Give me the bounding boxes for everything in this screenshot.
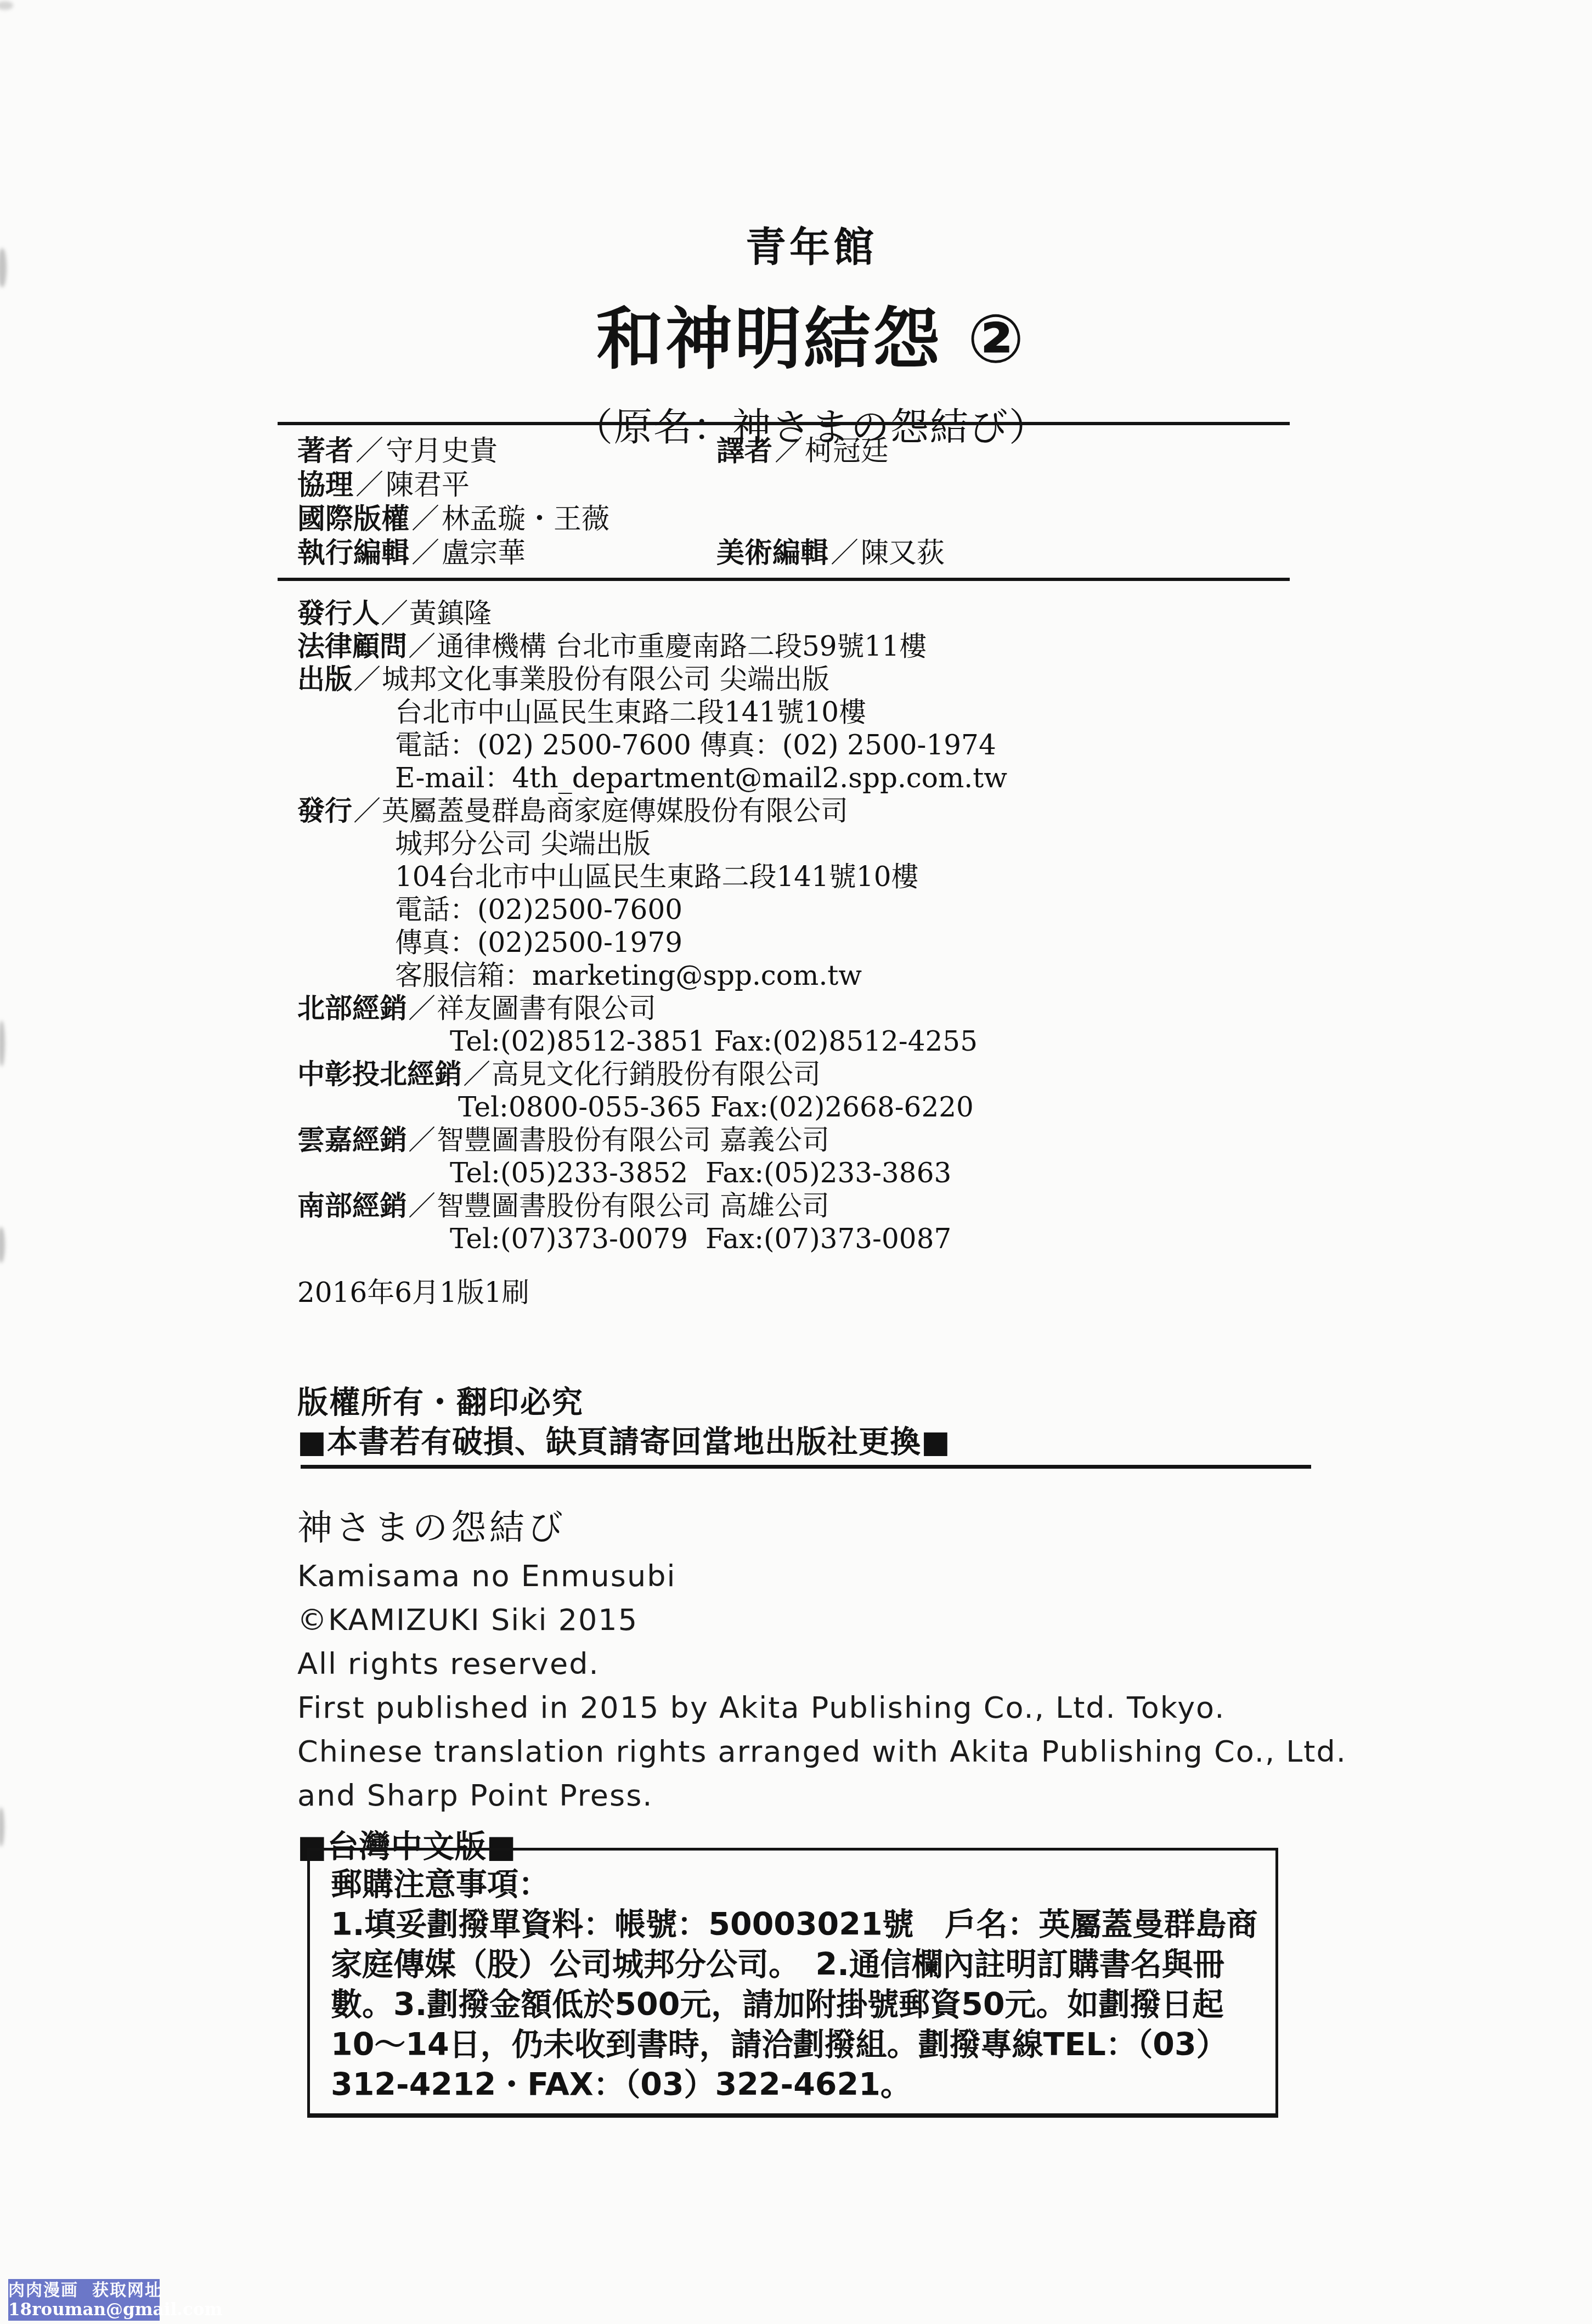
mail-order-line: 1.填妥劃撥單資料：帳號：50003021號 戶名：英屬蓋曼群島商: [331, 1905, 1255, 1945]
credit-name: 陳君平: [386, 469, 470, 501]
line-value: 客服信箱：marketing@spp.com.tw: [395, 960, 862, 991]
publishing-line: 台北市中山區民生東路二段141號10樓: [297, 696, 1449, 729]
line-value: 祥友圖書有限公司: [437, 992, 656, 1024]
credit-row: 協理／陳君平: [297, 469, 1395, 503]
line-value: 傳真：(02)2500-1979: [395, 927, 682, 958]
credit-role: 執行編輯: [297, 537, 409, 569]
rights-line: All rights reserved.: [297, 1643, 1449, 1686]
damage-notice: ■本書若有破損、缺頁請寄回當地出版社更換■: [297, 1418, 951, 1462]
line-separator: ／: [352, 795, 382, 827]
publishing-line: Tel:0800-055-365 Fax:(02)2668-6220: [297, 1091, 1449, 1124]
watermark-badge: 肉肉漫画 获取网址 18rouman@gmail.com: [8, 2279, 160, 2321]
line-separator: ／: [407, 1124, 437, 1156]
line-label: 出版: [297, 663, 352, 695]
publishing-line: Tel:(05)233-3852 Fax:(05)233-3863: [297, 1157, 1449, 1189]
mail-order-line: 郵購注意事項：: [331, 1865, 1255, 1905]
rights-notice: 版權所有・翻印必究: [297, 1378, 584, 1422]
book-title: 和神明結怨 ②: [15, 285, 1592, 381]
credit-role: 美術編輯: [716, 537, 828, 569]
line-separator: ／: [407, 630, 437, 662]
publishing-line: 北部經銷／祥友圖書有限公司: [297, 992, 1449, 1025]
scan-artifact: [0, 1020, 5, 1067]
credit-separator: ／: [828, 537, 861, 569]
divider-rule-middle: [278, 578, 1290, 581]
line-separator: ／: [407, 992, 437, 1024]
first-published-line: First published in 2015 by Akita Publish…: [297, 1686, 1449, 1730]
line-label: 南部經銷: [297, 1190, 407, 1222]
publishing-line: 104台北市中山區民生東路二段141號10樓: [297, 860, 1449, 893]
line-value: 通律機構 台北市重慶南路二段59號11樓: [437, 630, 927, 662]
publishing-line: 發行人／黃鎮隆: [297, 597, 1449, 630]
imprint-label: 青年館: [15, 215, 1592, 273]
credit-name: 林孟璇・王薇: [442, 503, 609, 535]
credit-role: 著者: [297, 435, 353, 467]
publishing-line: 城邦分公司 尖端出版: [297, 827, 1449, 860]
divider-rule-bottom: [301, 1465, 1311, 1469]
line-value: 城邦分公司 尖端出版: [395, 828, 651, 860]
line-value: Tel:(07)373-0079 Fax:(07)373-0087: [450, 1223, 951, 1255]
original-edition-section: 神さまの怨結び Kamisama no Enmusubi ©KAMIZUKI S…: [297, 1508, 1449, 1866]
line-value: Tel:(05)233-3852 Fax:(05)233-3863: [450, 1157, 951, 1189]
line-value: 台北市中山區民生東路二段141號10樓: [395, 696, 866, 728]
credit-name: 盧宗華: [442, 537, 526, 569]
credit-name: 陳又荻: [861, 537, 945, 569]
publishing-section: 發行人／黃鎮隆 法律顧問／通律機構 台北市重慶南路二段59號11樓 出版／城邦文…: [297, 597, 1449, 1255]
line-value: 電話：(02)2500-7600: [395, 894, 682, 926]
scan-artifact: [0, 1, 13, 10]
publishing-line: E-mail：4th_department@mail2.spp.com.tw: [297, 761, 1449, 794]
line-separator: ／: [352, 663, 382, 695]
line-value: 智豐圖書股份有限公司 高雄公司: [437, 1190, 829, 1222]
line-value: 104台北市中山區民生東路二段141號10樓: [395, 861, 919, 893]
credit-separator: ／: [409, 503, 442, 535]
credit-row: 著者／守月史貴 譯者／柯冠廷: [297, 435, 1395, 469]
credit-role: 協理: [297, 469, 353, 501]
line-value: 城邦文化事業股份有限公司 尖端出版: [382, 663, 829, 695]
line-value: 電話：(02) 2500-7600 傳真：(02) 2500-1974: [395, 729, 996, 761]
translation-rights-line: Chinese translation rights arranged with…: [297, 1730, 1449, 1774]
scan-artifact: [0, 1807, 4, 1847]
mail-order-line: 10～14日，仍未收到書時，請洽劃撥組。劃撥專線TEL：（03）: [331, 2025, 1255, 2065]
line-label: 雲嘉經銷: [297, 1124, 407, 1156]
publishing-line: 客服信箱：marketing@spp.com.tw: [297, 959, 1449, 992]
line-separator: ／: [407, 1190, 437, 1222]
publishing-line: Tel:(07)373-0079 Fax:(07)373-0087: [297, 1222, 1449, 1255]
credit-separator: ／: [772, 435, 805, 467]
watermark-site: 肉肉漫画 获取网址: [8, 2281, 160, 2300]
line-value: 黃鎮隆: [409, 597, 492, 629]
mail-order-box: 郵購注意事項： 1.填妥劃撥單資料：帳號：50003021號 戶名：英屬蓋曼群島…: [307, 1848, 1278, 2118]
credit-col2: 美術編輯／陳又荻: [716, 537, 945, 571]
line-value: E-mail：4th_department@mail2.spp.com.tw: [395, 762, 1007, 794]
credit-name: 柯冠廷: [805, 435, 889, 467]
line-value: Tel:0800-055-365 Fax:(02)2668-6220: [458, 1091, 974, 1123]
credit-separator: ／: [409, 537, 442, 569]
credit-row: 國際版權／林孟璇・王薇: [297, 503, 1395, 537]
line-separator: ／: [462, 1058, 492, 1090]
credit-separator: ／: [353, 469, 386, 501]
credit-separator: ／: [353, 435, 386, 467]
mail-order-line: 家庭傳媒（股）公司城邦分公司。 2.通信欄內註明訂購書名與冊: [331, 1945, 1255, 1985]
credits-section: 著者／守月史貴 譯者／柯冠廷 協理／陳君平 國際版權／林孟璇・王薇 執行編輯／盧…: [297, 435, 1395, 571]
line-value: 英屬蓋曼群島商家庭傳媒股份有限公司: [382, 795, 848, 827]
credit-role: 譯者: [716, 435, 772, 467]
publishing-line: 中彰投北經銷／高見文化行銷股份有限公司: [297, 1058, 1449, 1091]
line-label: 北部經銷: [297, 992, 407, 1024]
line-value: 高見文化行銷股份有限公司: [492, 1058, 821, 1090]
publishing-line: 南部經銷／智豐圖書股份有限公司 高雄公司: [297, 1189, 1449, 1222]
publishing-line: 電話：(02)2500-7600: [297, 893, 1449, 926]
line-separator: ／: [380, 597, 409, 629]
japanese-title: 神さまの怨結び: [297, 1508, 1449, 1555]
edition-date: 2016年6月1版1刷: [297, 1271, 529, 1310]
credit-name: 守月史貴: [386, 435, 498, 467]
translation-rights-line-2: and Sharp Point Press.: [297, 1774, 1449, 1818]
romaji-title: Kamisama no Enmusubi: [297, 1555, 1449, 1599]
publishing-line: 出版／城邦文化事業股份有限公司 尖端出版: [297, 663, 1449, 696]
credit-col2: 譯者／柯冠廷: [716, 435, 889, 469]
scan-artifact: [0, 248, 7, 287]
credit-row: 執行編輯／盧宗華 美術編輯／陳又荻: [297, 537, 1395, 571]
copyright-line: ©KAMIZUKI Siki 2015: [297, 1599, 1449, 1643]
publishing-line: 電話：(02) 2500-7600 傳真：(02) 2500-1974: [297, 729, 1449, 761]
line-value: 智豐圖書股份有限公司 嘉義公司: [437, 1124, 829, 1156]
mail-order-line: 312-4212・FAX：（03）322-4621。: [331, 2065, 1255, 2105]
publishing-line: 發行／英屬蓋曼群島商家庭傳媒股份有限公司: [297, 794, 1449, 827]
publishing-line: 雲嘉經銷／智豐圖書股份有限公司 嘉義公司: [297, 1124, 1449, 1157]
line-label: 法律顧問: [297, 630, 407, 662]
credit-role: 國際版權: [297, 503, 409, 535]
line-value: Tel:(02)8512-3851 Fax:(02)8512-4255: [450, 1025, 978, 1057]
publishing-line: 傳真：(02)2500-1979: [297, 926, 1449, 959]
watermark-email: 18rouman@gmail.com: [8, 2300, 160, 2319]
line-label: 中彰投北經銷: [297, 1058, 462, 1090]
colophon-page: { "sep": "／", "title_block": { "imprint"…: [0, 0, 1592, 2324]
line-label: 發行人: [297, 597, 380, 629]
mail-order-line: 數。3.劃撥金額低於500元，請加附掛號郵資50元。如劃撥日起: [331, 1985, 1255, 2025]
divider-rule-top: [278, 422, 1290, 425]
scan-artifact: [0, 1227, 5, 1263]
title-block: 青年館 和神明結怨 ② （原名：神さまの怨結び）: [15, 215, 1592, 452]
publishing-line: Tel:(02)8512-3851 Fax:(02)8512-4255: [297, 1025, 1449, 1058]
publishing-line: 法律顧問／通律機構 台北市重慶南路二段59號11樓: [297, 630, 1449, 663]
line-label: 發行: [297, 795, 352, 827]
mail-order-content: 郵購注意事項： 1.填妥劃撥單資料：帳號：50003021號 戶名：英屬蓋曼群島…: [310, 1851, 1275, 2105]
